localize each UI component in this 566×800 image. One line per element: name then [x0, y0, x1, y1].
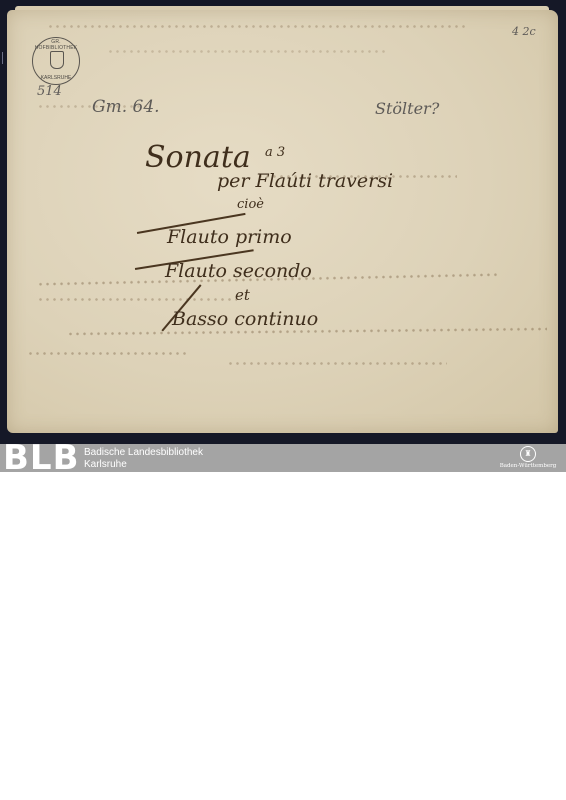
- coat-of-arms-icon: [50, 51, 64, 69]
- bleed-through-notes: [37, 105, 147, 108]
- state-emblem-icon: ♜: [520, 446, 536, 462]
- title-et: et: [235, 286, 250, 304]
- title-cioe: cioè: [237, 197, 264, 212]
- library-name-line2: Karlsruhe: [84, 459, 203, 471]
- stamp-top-text: GR. HOFBIBLIOTHEK: [33, 39, 79, 51]
- page-number: 4 2c: [512, 25, 536, 38]
- bleed-through-notes: [27, 352, 187, 355]
- bleed-through-notes: [107, 50, 387, 53]
- library-footer-bar: B L B Badische Landesbibliothek Karlsruh…: [0, 444, 566, 472]
- bleed-through-notes: [47, 25, 467, 28]
- blb-logo-letter: B: [53, 445, 78, 472]
- manuscript-scan: GR. HOFBIBLIOTHEK KARLSRUHE 514 Gm. 64. …: [0, 0, 566, 444]
- blb-logo-letter: L: [30, 445, 51, 472]
- scan-edge-marker: [2, 52, 3, 64]
- library-name-line1: Badische Landesbibliothek: [84, 447, 203, 459]
- library-name: Badische Landesbibliothek Karlsruhe: [84, 447, 203, 471]
- library-stamp: GR. HOFBIBLIOTHEK KARLSRUHE: [32, 37, 80, 85]
- bleed-through-notes: [37, 298, 237, 301]
- bleed-through-notes: [227, 362, 447, 365]
- state-label: Baden-Württemberg: [498, 462, 558, 470]
- part-basso-continuo: Basso continuo: [172, 308, 318, 330]
- baden-wuerttemberg-logo[interactable]: ♜ Baden-Württemberg: [498, 445, 558, 471]
- stamp-bottom-text: KARLSRUHE: [33, 75, 79, 81]
- blb-logo[interactable]: B L B: [3, 445, 78, 472]
- title-instrumentation: per Flaúti traversi: [217, 170, 393, 192]
- manuscript-page: GR. HOFBIBLIOTHEK KARLSRUHE 514 Gm. 64. …: [7, 10, 558, 433]
- attribution-note: Stölter?: [375, 99, 439, 118]
- shelf-number: 514: [37, 84, 62, 99]
- blb-logo-letter: B: [3, 445, 28, 472]
- part-flauto-primo: Flauto primo: [167, 226, 292, 248]
- part-flauto-secondo: Flauto secondo: [165, 260, 312, 282]
- title-a-3: a 3: [265, 145, 285, 160]
